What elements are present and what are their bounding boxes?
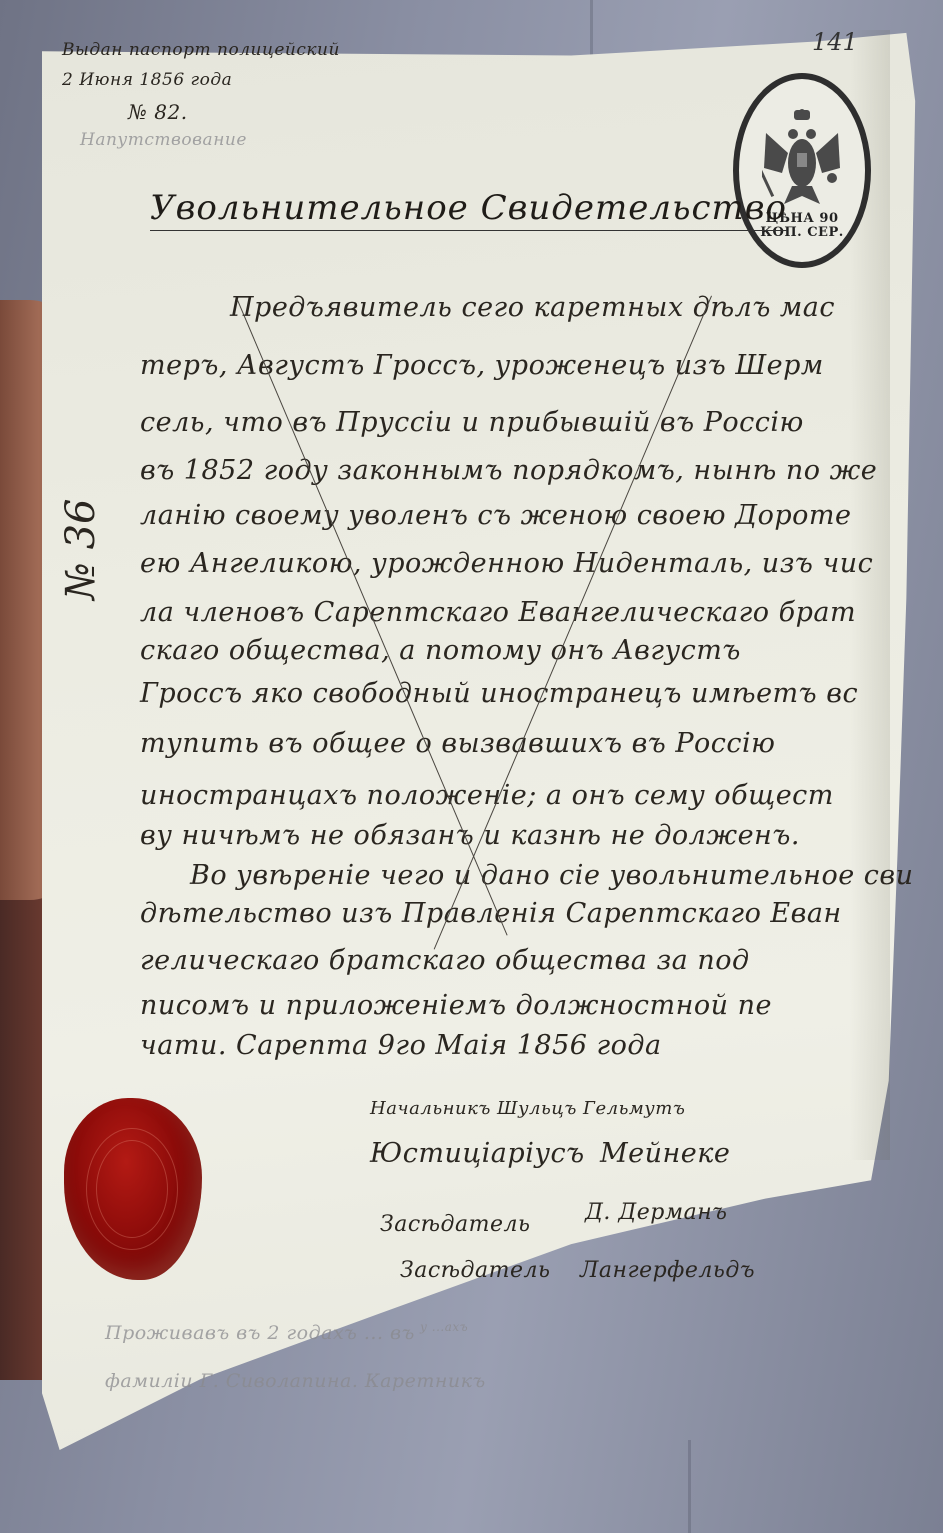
header-note-line-3: № 82.	[128, 100, 188, 124]
body-line: сель, что въ Пруссіи и прибывшій въ Росс…	[140, 407, 804, 438]
tax-stamp: ЦѢНА 90 КОП. СЕР.	[733, 73, 871, 268]
margin-register-number: № 36	[58, 499, 104, 600]
signature-chief: Начальникъ Шульцъ Гельмутъ	[370, 1098, 685, 1119]
body-line: иностранцахъ положеніе; а онъ сему общес…	[140, 780, 834, 811]
body-line: дѣтельство изъ Правленія Сарептскаго Ева…	[140, 898, 842, 929]
signature-justiciary-title: Юстиціаріусъ	[370, 1138, 585, 1169]
body-line: тупить въ общее о вызвавшихъ въ Россію	[140, 728, 775, 759]
footer-pencil-interlinear: у ...ахъ	[420, 1320, 468, 1334]
header-note-line-2: 2 Июня 1856 года	[62, 70, 232, 90]
seal-impression-ring	[96, 1140, 168, 1238]
body-line: чати. Сарепта 9го Маія 1856 года	[140, 1030, 662, 1061]
signature-assessor-1-title: Засѣдатель	[380, 1212, 530, 1237]
body-line: ланію своему уволенъ съ женою своею Доро…	[140, 500, 851, 531]
signature-assessor-1-name: Д. Дерманъ	[585, 1200, 727, 1225]
header-pencil-note: Напутствование	[80, 130, 247, 150]
background-streak	[688, 1440, 691, 1533]
signature-justiciary-name: Мейнеке	[600, 1138, 730, 1169]
body-line: въ 1852 году законнымъ порядкомъ, нынѣ п…	[140, 455, 877, 486]
body-line: гелическаго братскаго общества за под	[140, 945, 750, 976]
header-note-line-1: Выдан паспорт полицейский	[62, 40, 340, 60]
document-title: Увольнительное Свидетельство	[150, 188, 787, 231]
footer-pencil-note-line-1: Проживавъ въ 2 годахъ ... въ	[105, 1322, 415, 1344]
body-line: писомъ и приложеніемъ должностной пе	[140, 990, 772, 1021]
body-line: Во увѣреніе чего и дано сіе увольнительн…	[190, 860, 914, 891]
body-line: Гроссъ яко свободный иностранецъ имѣетъ …	[140, 678, 858, 709]
signature-assessor-2-title: Засѣдатель	[400, 1258, 550, 1283]
background-streak	[590, 0, 593, 60]
body-line: Предъявитель сего каретных дѣлъ мас	[230, 292, 835, 323]
folio-number: 141	[812, 28, 858, 56]
body-line: ею Ангеликою, урожденною Ниденталь, изъ …	[140, 548, 873, 579]
body-line: скаго общества, а потому онъ Августъ	[140, 635, 741, 666]
body-line: ла членовъ Сарептскаго Евангелическаго б…	[140, 597, 856, 628]
body-line: теръ, Августъ Гроссъ, уроженецъ изъ Шерм	[140, 350, 824, 381]
signature-assessor-2-name: Лангерфельдъ	[580, 1258, 755, 1283]
footer-pencil-note-line-2: фамиліи Г. Сиволапина. Каретникъ	[105, 1370, 486, 1392]
